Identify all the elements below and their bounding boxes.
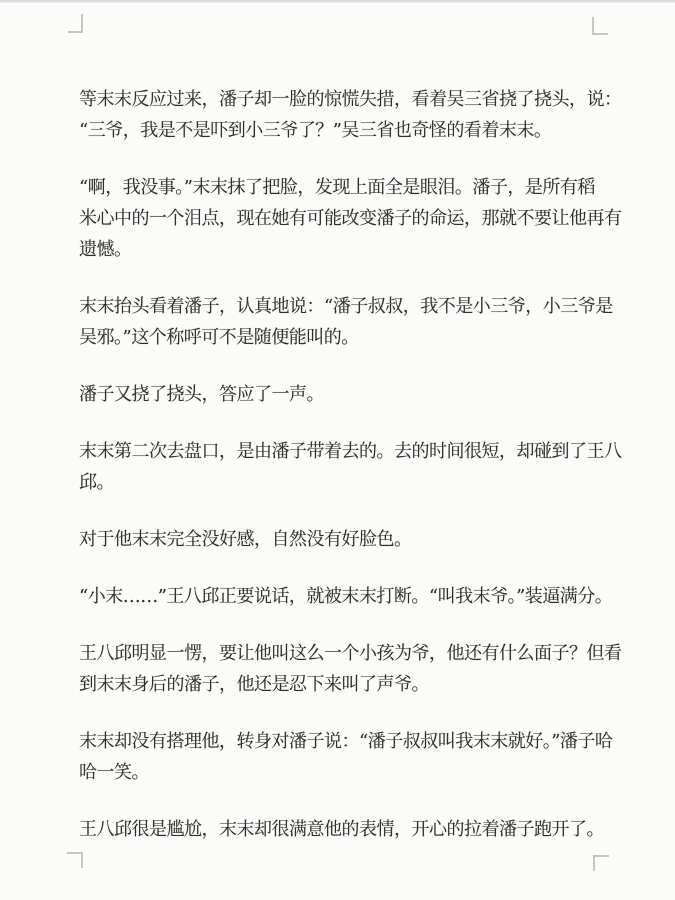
text-line: 对于他末末完全没好感，自然没有好脸色。 <box>79 524 603 555</box>
paragraph: “啊，我没事。”末末抹了把脸，发现上面全是眼泪。潘子，是所有稻米心中的一个泪点，… <box>79 172 603 265</box>
paragraph: 王八邱很是尴尬，末末却很满意他的表情，开心的拉着潘子跑开了。 <box>79 814 603 845</box>
text-line: 末末第二次去盘口，是由潘子带着去的。去的时间很短，却碰到了王八 <box>79 436 603 467</box>
paragraph: “小末……”王八邱正要说话，就被末末打断。“叫我末爷。”装逼满分。 <box>79 581 603 612</box>
page-top-edge <box>0 0 675 3</box>
text-line: 潘子又挠了挠头，答应了一声。 <box>79 379 603 410</box>
paragraph: 末末第二次去盘口，是由潘子带着去的。去的时间很短，却碰到了王八邱。 <box>79 436 603 498</box>
text-line: 米心中的一个泪点，现在她有可能改变潘子的命运，那就不要让他再有 <box>79 203 603 234</box>
text-line: 等末末反应过来，潘子却一脸的惊慌失措，看着吴三省挠了挠头，说： <box>79 84 603 115</box>
text-boundary-corner-top-right <box>592 17 608 35</box>
text-line: 遗憾。 <box>79 234 603 265</box>
paragraph: 末末抬头看着潘子，认真地说：“潘子叔叔，我不是小三爷，小三爷是吴邪。”这个称呼可… <box>79 291 603 353</box>
paragraph: 王八邱明显一愣，要让他叫这么一个小孩为爷，他还有什么面子？但看到末末身后的潘子，… <box>79 638 603 700</box>
text-line: 末末抬头看着潘子，认真地说：“潘子叔叔，我不是小三爷，小三爷是 <box>79 291 603 322</box>
text-line: 哈一笑。 <box>79 757 603 788</box>
document-body: 等末末反应过来，潘子却一脸的惊慌失措，看着吴三省挠了挠头，说：“三爷，我是不是吓… <box>79 84 603 871</box>
paragraph: 等末末反应过来，潘子却一脸的惊慌失措，看着吴三省挠了挠头，说：“三爷，我是不是吓… <box>79 84 603 146</box>
text-line: 王八邱很是尴尬，末末却很满意他的表情，开心的拉着潘子跑开了。 <box>79 814 603 845</box>
paragraph: 对于他末末完全没好感，自然没有好脸色。 <box>79 524 603 555</box>
paragraph: 潘子又挠了挠头，答应了一声。 <box>79 379 603 410</box>
text-line: “小末……”王八邱正要说话，就被末末打断。“叫我末爷。”装逼满分。 <box>79 581 603 612</box>
document-page: 等末末反应过来，潘子却一脸的惊慌失措，看着吴三省挠了挠头，说：“三爷，我是不是吓… <box>0 0 675 900</box>
text-line: 邱。 <box>79 467 603 498</box>
text-line: “啊，我没事。”末末抹了把脸，发现上面全是眼泪。潘子，是所有稻 <box>79 172 603 203</box>
text-line: 到末末身后的潘子，他还是忍下来叫了声爷。 <box>79 669 603 700</box>
text-boundary-corner-top-left <box>68 14 83 33</box>
text-line: 吴邪。”这个称呼可不是随便能叫的。 <box>79 322 603 353</box>
text-line: “三爷，我是不是吓到小三爷了？”吴三省也奇怪的看着末末。 <box>79 115 603 146</box>
text-line: 王八邱明显一愣，要让他叫这么一个小孩为爷，他还有什么面子？但看 <box>79 638 603 669</box>
paragraph: 末末却没有搭理他，转身对潘子说：“潘子叔叔叫我末末就好。”潘子哈哈一笑。 <box>79 726 603 788</box>
text-line: 末末却没有搭理他，转身对潘子说：“潘子叔叔叫我末末就好。”潘子哈 <box>79 726 603 757</box>
